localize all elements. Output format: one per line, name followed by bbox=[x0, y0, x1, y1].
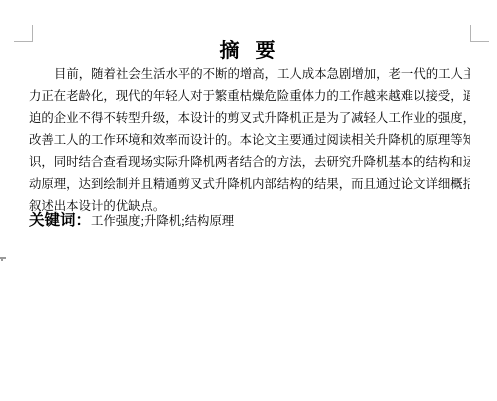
paragraph-line: 力正在老龄化，现代的年轻人对于繁重枯燥危险重体力的工作越来越难以接受，逼 bbox=[29, 85, 470, 107]
paragraph-line: 迫的企业不得不转型升级，本设计的剪叉式升降机正是为了减轻人工作业的强度， bbox=[29, 107, 470, 129]
paragraph-line: 识，同时结合查看现场实际升降机两者结合的方法，去研究升降机基本的结构和运 bbox=[29, 151, 470, 173]
paragraph-line: 目前，随着社会生活水平的不断的增高，工人成本急剧增加，老一代的工人主 bbox=[29, 63, 470, 85]
keywords-row: 关键词： 工作强度;升降机;结构原理 bbox=[29, 210, 470, 232]
paragraph-line: 改善工人的工作环境和效率而设计的。本论文主要通过阅读相关升降机的原理等知 bbox=[29, 129, 470, 151]
paragraph-line: 动原理，达到绘制并且精通剪叉式升降机内部结构的结果，而且通过论文详细概括 bbox=[29, 173, 470, 195]
keywords-label: 关键词： bbox=[29, 210, 91, 232]
document-page: { "document": { "title": "摘 要", "paragra… bbox=[0, 0, 497, 401]
edge-artifact-stub bbox=[1, 259, 3, 261]
keywords-value: 工作强度;升降机;结构原理 bbox=[91, 210, 234, 232]
edge-artifact bbox=[0, 257, 6, 262]
abstract-paragraph: 目前，随着社会生活水平的不断的增高，工人成本急剧增加，老一代的工人主 力正在老龄… bbox=[29, 63, 470, 217]
abstract-title: 摘 要 bbox=[0, 40, 497, 63]
